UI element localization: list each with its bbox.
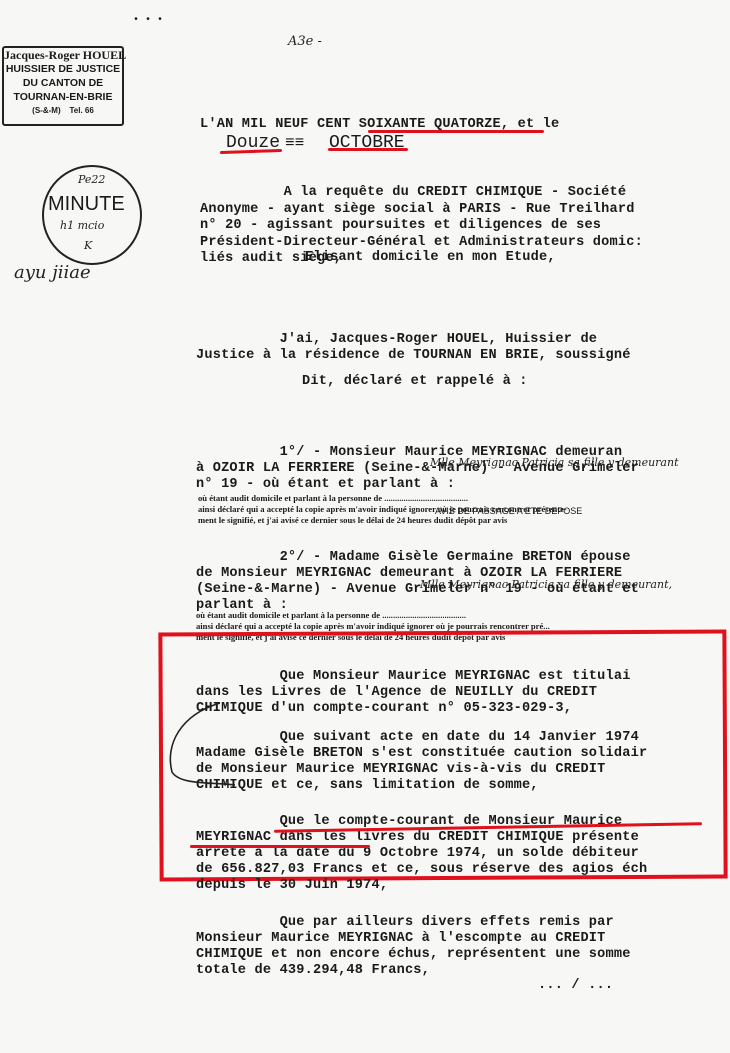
jai-paragraph: J'ai, Jacques-Roger HOUEL, Huissier deJu… [196,300,631,380]
ink-dots: • • • [133,15,163,26]
dit-line: Dit, déclaré et rappelé à : [302,374,528,390]
header-scribble: A3e - [288,34,322,49]
margin-note: ayu jiiae [14,262,91,283]
equals-filler: ≡≡ [285,134,304,152]
minute-stamp: Pe22 MINUTE h1 mcio K [42,165,142,265]
stamp-line3: TOURNAN-EN-BRIE [4,90,122,104]
continuation-mark: ... / ... [538,978,613,994]
stamp-line4: (S-&-M) Tel. 66 [4,104,122,118]
party1-handwritten: Mlle Meyrignac Patricia sa fille y demeu… [430,456,679,469]
bailiff-stamp: Jacques-Roger HOUEL HUISSIER DE JUSTICE … [2,46,124,126]
underline-amount [190,845,370,848]
minute-initials: Pe22 [78,173,105,186]
minute-label: MINUTE [48,193,125,216]
avis-passage: AVIS DE PASSAGE A ETE DEPOSE [435,506,582,516]
minute-note: h1 mcio [60,219,104,232]
bracket-mark [160,700,240,790]
stamp-name: Jacques-Roger HOUEL [4,48,122,62]
underline-year [368,130,544,133]
stamp-line2: DU CANTON DE [4,76,122,90]
minute-mark: K [84,239,92,252]
elisant-line: Elisant domicile en mon Etude, [305,250,556,266]
stamp-line1: HUISSIER DE JUSTICE [4,62,122,76]
underline-month [328,148,408,151]
